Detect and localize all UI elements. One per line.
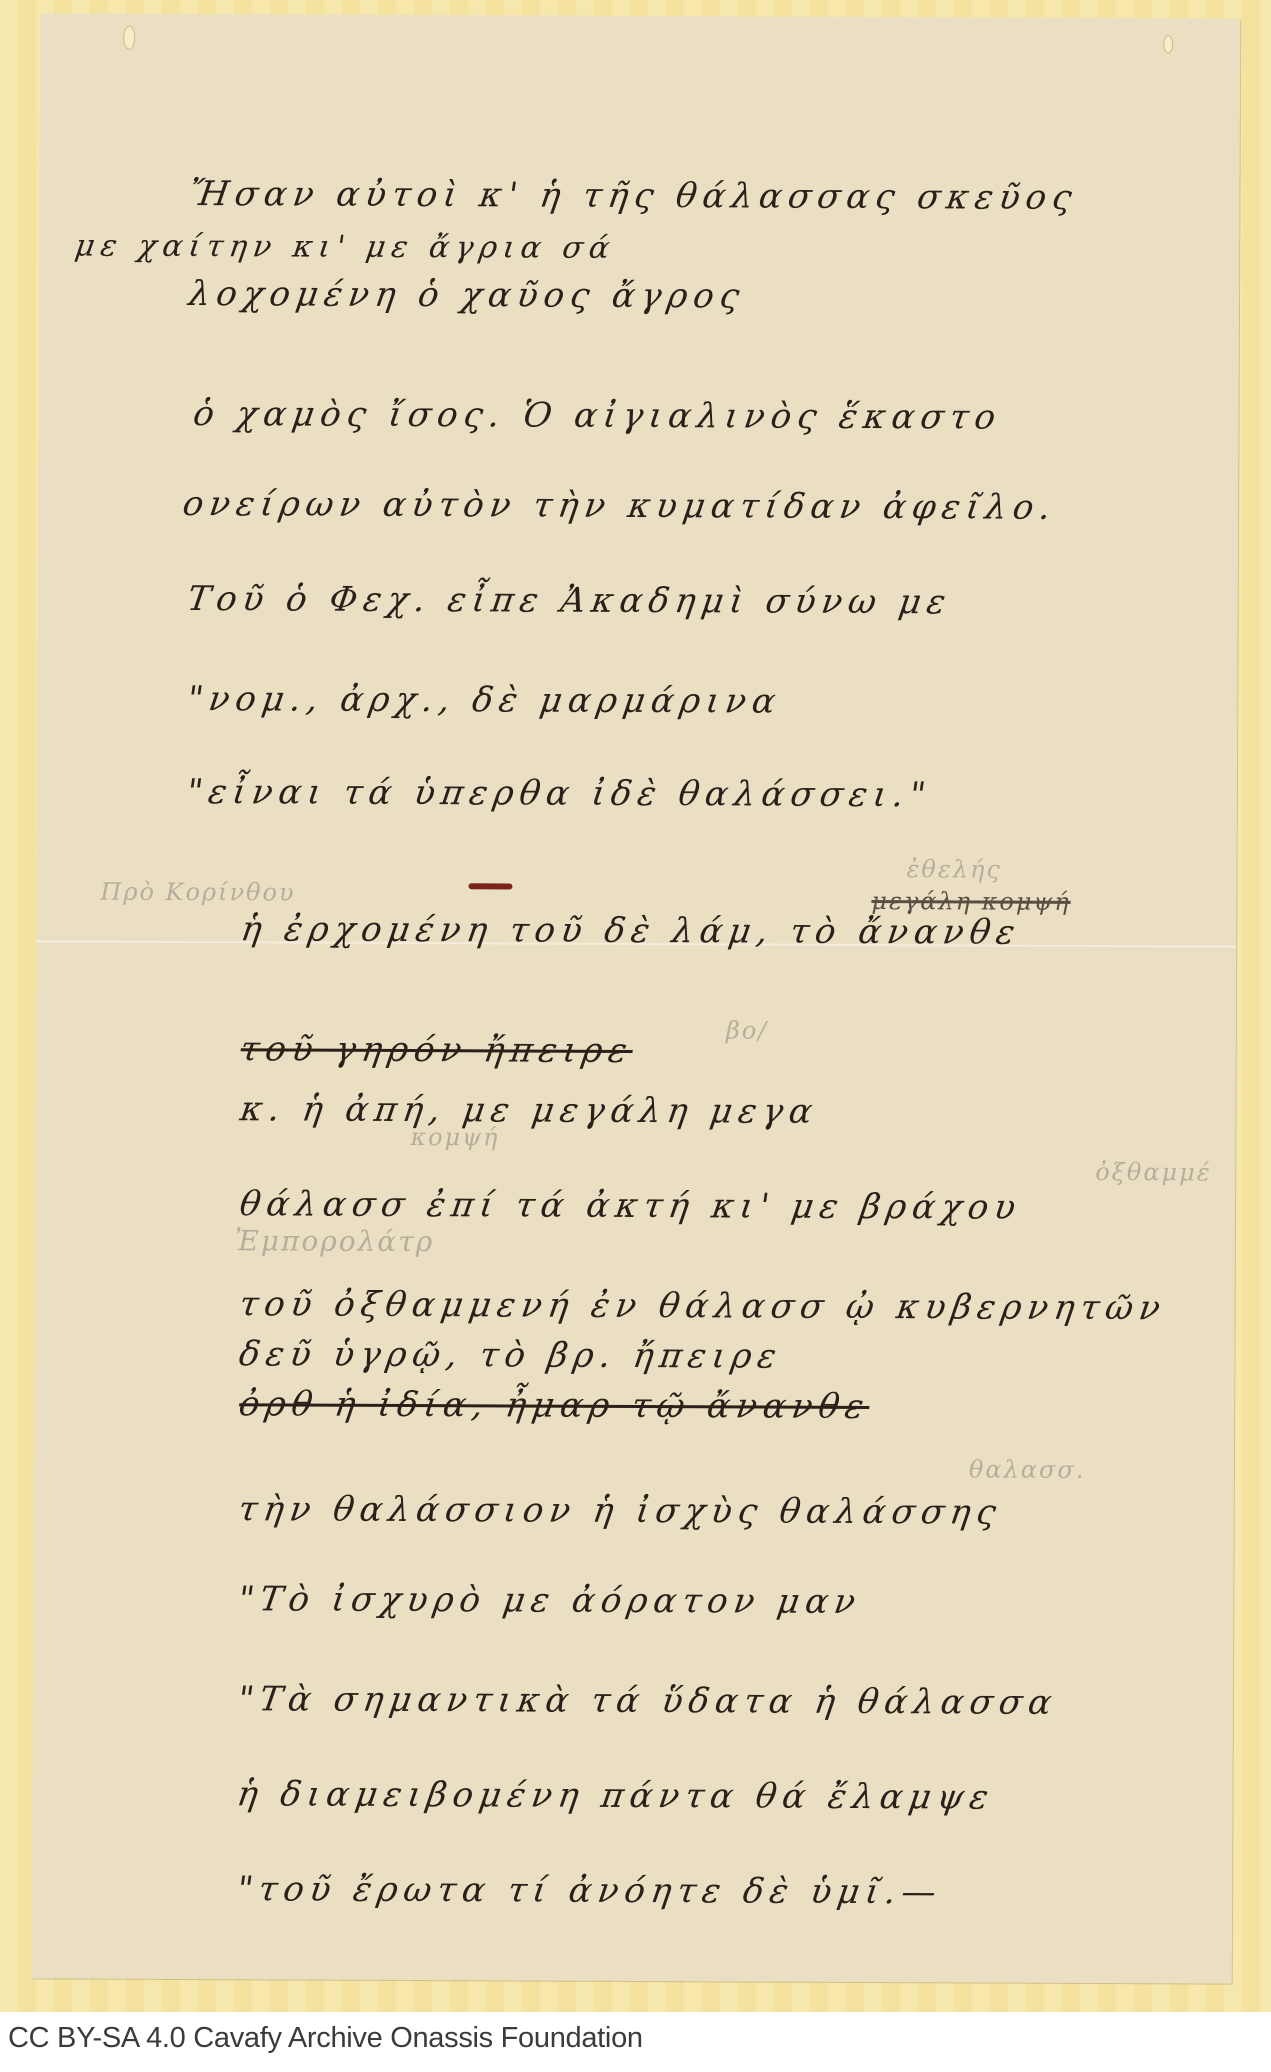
manuscript-line: "τοῦ ἔρωτα τί ἀνόητε δὲ ὑμῖ.— (234, 1869, 944, 1912)
pin-hole-right (1163, 35, 1173, 53)
manuscript-scan: Πρὸ Κορίνθου ἐθελής μεγάλη κομψή βο/ κομ… (0, 0, 1271, 2012)
manuscript-line: ἡ ἐρχομένη τοῦ δὲ λάμ, τὸ ἄνανθε (238, 909, 1023, 952)
pencil-note: ἐθελής (907, 855, 1002, 883)
manuscript-line: με χαίτην κι' με ἄγρια σά (73, 229, 618, 266)
pencil-note: Πρὸ Κορίνθου (100, 878, 295, 907)
manuscript-line: τοῦ γηρόν ἤπειρε (238, 1029, 636, 1071)
manuscript-line: "νομ., ἀρχ., δὲ μαρμάρινα (184, 679, 784, 722)
manuscript-line: "Τὰ σημαντικὰ τά ὕδατα ἡ θάλασσα (235, 1679, 1060, 1723)
pencil-note: βο/ (726, 1016, 769, 1044)
license-caption: CC BY-SA 4.0 Cavafy Archive Onassis Foun… (8, 2022, 643, 2055)
manuscript-line: λοχομένη ὁ χαῦος ἄγρος (186, 274, 748, 316)
manuscript-line: ἡ διαμειβομένη πάντα θά ἔλαμψε (235, 1774, 997, 1817)
manuscript-line: Ἤσαν αὐτοὶ κ' ἡ τῆς θάλασσας σκεῦος (187, 174, 1081, 218)
manuscript-line: τὴν θαλάσσιον ἡ ἰσχὺς θαλάσσης (236, 1489, 1005, 1532)
pin-hole-left (123, 26, 135, 50)
manuscript-line: δεῦ ὑγρῷ, τὸ βρ. ἤπειρε (237, 1334, 785, 1376)
red-ink-mark (468, 883, 512, 889)
pencil-note: Ἐμπορολάτρ (235, 1224, 434, 1258)
manuscript-paper: Πρὸ Κορίνθου ἐθελής μεγάλη κομψή βο/ κομ… (32, 13, 1241, 1983)
pencil-note: ὀξθαμμέ (1095, 1158, 1212, 1187)
manuscript-line: ὁ χαμὸς ἴσος. Ὁ αἰγιαλινὸς ἕκαστο (191, 394, 1005, 437)
manuscript-line: Τοῦ ὁ Φεχ. εἶπε Ἀκαδημὶ σύνω με (185, 579, 954, 622)
manuscript-line: θάλασσ ἐπί τά ἀκτή κι' με βράχου (237, 1184, 1024, 1227)
manuscript-line: κ. ἡ ἀπή, με μεγάλη μεγα (238, 1089, 821, 1131)
pencil-note: θαλασσ. (969, 1455, 1086, 1484)
manuscript-line: ονείρων αὐτὸν τὴν κυματίδαν ἀφεῖλο. (180, 484, 1059, 528)
manuscript-line: ὀρθ ἡ ἰδία, ἦμαρ τῷ ἄνανθε (236, 1384, 872, 1427)
manuscript-line: "Τὸ ἰσχυρὸ με ἀόρατον μαν (235, 1579, 863, 1622)
manuscript-line: τοῦ ὀξθαμμενή ἐν θάλασσ ᾠ κυβερνητῶν (237, 1284, 1169, 1328)
manuscript-line: "εἶναι τά ὑπερθα ἰδὲ θαλάσσει." (184, 772, 934, 815)
